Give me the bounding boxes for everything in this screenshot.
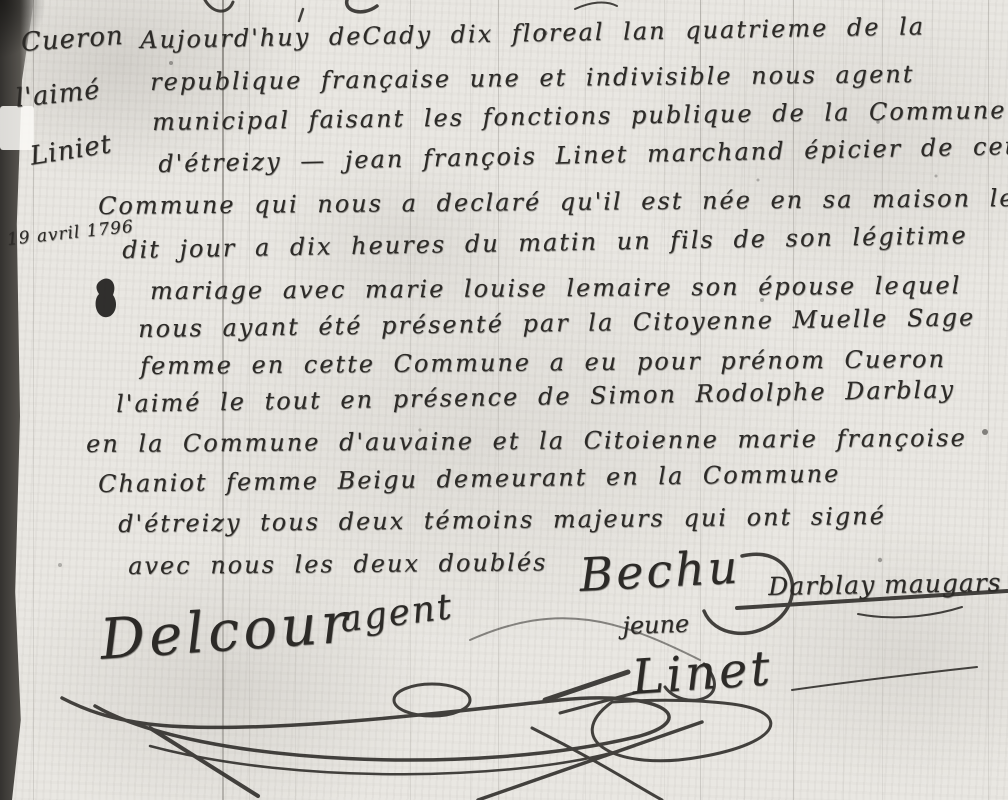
darblay-underline-2: [858, 607, 962, 617]
manuscript-page: Cueron l'aimé Liniet 19 avril 1796 Aujou…: [0, 0, 1008, 800]
top-remnant-stroke: [575, 2, 617, 9]
delcour-paraph-loop: [394, 684, 470, 716]
delcour-paraph-tail: [150, 728, 258, 796]
linet-dash-1: [545, 672, 628, 700]
signature-linet: Linet: [630, 640, 774, 706]
signature-bechu: Bechu: [578, 540, 742, 602]
body-line-14: avec nous les deux doublés: [128, 548, 548, 580]
signature-darblay-maugars: Darblay maugars: [768, 568, 1002, 601]
margin-ink-blot: [96, 279, 116, 318]
top-remnant-stroke: [347, 0, 377, 12]
linet-underline: [792, 667, 977, 690]
body-line-7: mariage avec marie louise lemaire son ép…: [150, 271, 961, 305]
top-remnant-stroke: [299, 9, 303, 21]
signature-bechu-qualifier: jeune: [622, 610, 690, 640]
top-remnant-stroke: [205, 0, 233, 11]
